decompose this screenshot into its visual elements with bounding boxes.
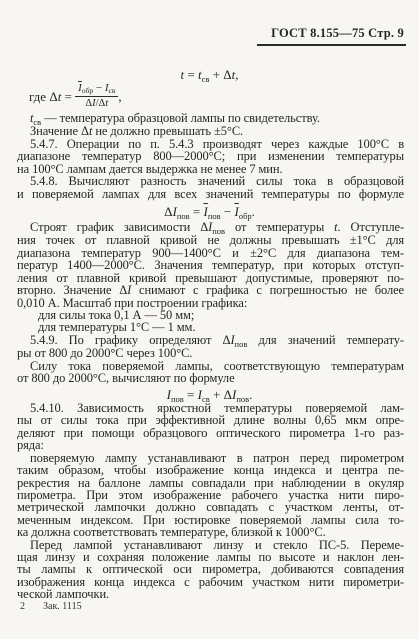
text-line: Строят график зависимости ΔIпов от темпе… — [17, 221, 404, 234]
formula-text: ΔIпов = Iпов − Iобр. — [164, 204, 255, 219]
subscript: пов — [235, 339, 248, 349]
subscript: пов — [212, 226, 225, 236]
page-header: ГОСТ 8.155—75 Стр. 9 — [257, 26, 406, 46]
formula-total-temperature: t = tсв + Δt, — [0, 67, 419, 83]
text-run: I — [105, 82, 109, 94]
page-number: 2 — [20, 601, 25, 612]
formula-text: Iпов = Iсв + ΔIпов. — [167, 387, 253, 402]
print-order-number: Зак. 1115 — [43, 601, 82, 612]
text-run: I — [230, 333, 234, 347]
fraction-numerator: Iобр − Iсв — [75, 83, 118, 96]
subscript: обр — [82, 86, 93, 95]
formula-delta-i-pov: ΔIпов = Iпов − Iобр. — [0, 204, 419, 220]
text-run: — температура образцовой лампы по свидет… — [41, 111, 320, 125]
text-line: деляют при помощи образцового оптическог… — [17, 427, 404, 439]
text-line: tсв — температура образцовой лампы по св… — [17, 112, 404, 125]
fraction-denominator: ΔI/Δt — [75, 96, 118, 109]
formula-prefix: где Δt = — [29, 89, 75, 104]
text-run: − — [93, 82, 105, 94]
text-run: − — [221, 204, 235, 219]
formula-text: t = tсв + Δt, — [181, 67, 239, 82]
text-run: + Δ — [210, 387, 232, 402]
text-run: t — [105, 98, 108, 109]
text-run: деляют при помощи образцового оптическог… — [17, 426, 404, 440]
formula-suffix: , — [118, 89, 121, 104]
text-run: . — [249, 387, 252, 402]
text-line: ческой лампочки. — [17, 588, 404, 600]
text-run: . — [252, 204, 255, 219]
text-run: . Отступле- — [338, 220, 405, 234]
text-run: , — [235, 67, 238, 82]
text-run: = — [190, 204, 204, 219]
formula-delta-t-definition: где Δt = Iобр − IсвΔI/Δt, — [29, 85, 122, 111]
subscript: св — [109, 86, 116, 95]
text-line: и поверяемой лампах для всех значений те… — [17, 188, 404, 200]
header-title: ГОСТ 8.155—75 Стр. 9 — [271, 26, 404, 40]
text-run: /Δ — [96, 98, 106, 109]
text-run: = — [184, 387, 198, 402]
subscript: св — [33, 117, 41, 127]
text-block-1: tсв — температура образцовой лампы по св… — [17, 112, 404, 200]
text-run: где Δ — [29, 89, 58, 104]
text-run: , — [118, 89, 121, 104]
document-page: ГОСТ 8.155—75 Стр. 9 t = tсв + Δt, где Δ… — [0, 0, 419, 639]
text-run: = — [184, 67, 198, 82]
text-run: и поверяемой лампах для всех значений те… — [17, 187, 404, 201]
text-block-2: Строят график зависимости ΔIпов от темпе… — [17, 221, 404, 384]
text-block-3: 5.4.10. Зависимость яркостной температур… — [17, 402, 404, 601]
text-run: от 800 до 2000°С, вычисляют по формуле — [17, 371, 235, 385]
subscript: св — [202, 74, 210, 84]
text-line: от 800 до 2000°С, вычисляют по формуле — [17, 372, 404, 384]
text-run: Строят график зависимости Δ — [30, 220, 208, 234]
text-run: от температуры — [225, 220, 334, 234]
text-run: 5.4.9. По графику определяют Δ — [30, 333, 230, 347]
text-line: 5.4.9. По графику определяют ΔIпов для з… — [17, 334, 404, 347]
text-run: ческой лампочки. — [17, 587, 109, 601]
fraction: Iобр − IсвΔI/Δt — [75, 83, 118, 109]
page-footer: 2Зак. 1115 — [20, 601, 82, 612]
text-run: + Δ — [209, 67, 231, 82]
text-run: = — [61, 89, 75, 104]
text-run: для значений температу- — [247, 333, 404, 347]
